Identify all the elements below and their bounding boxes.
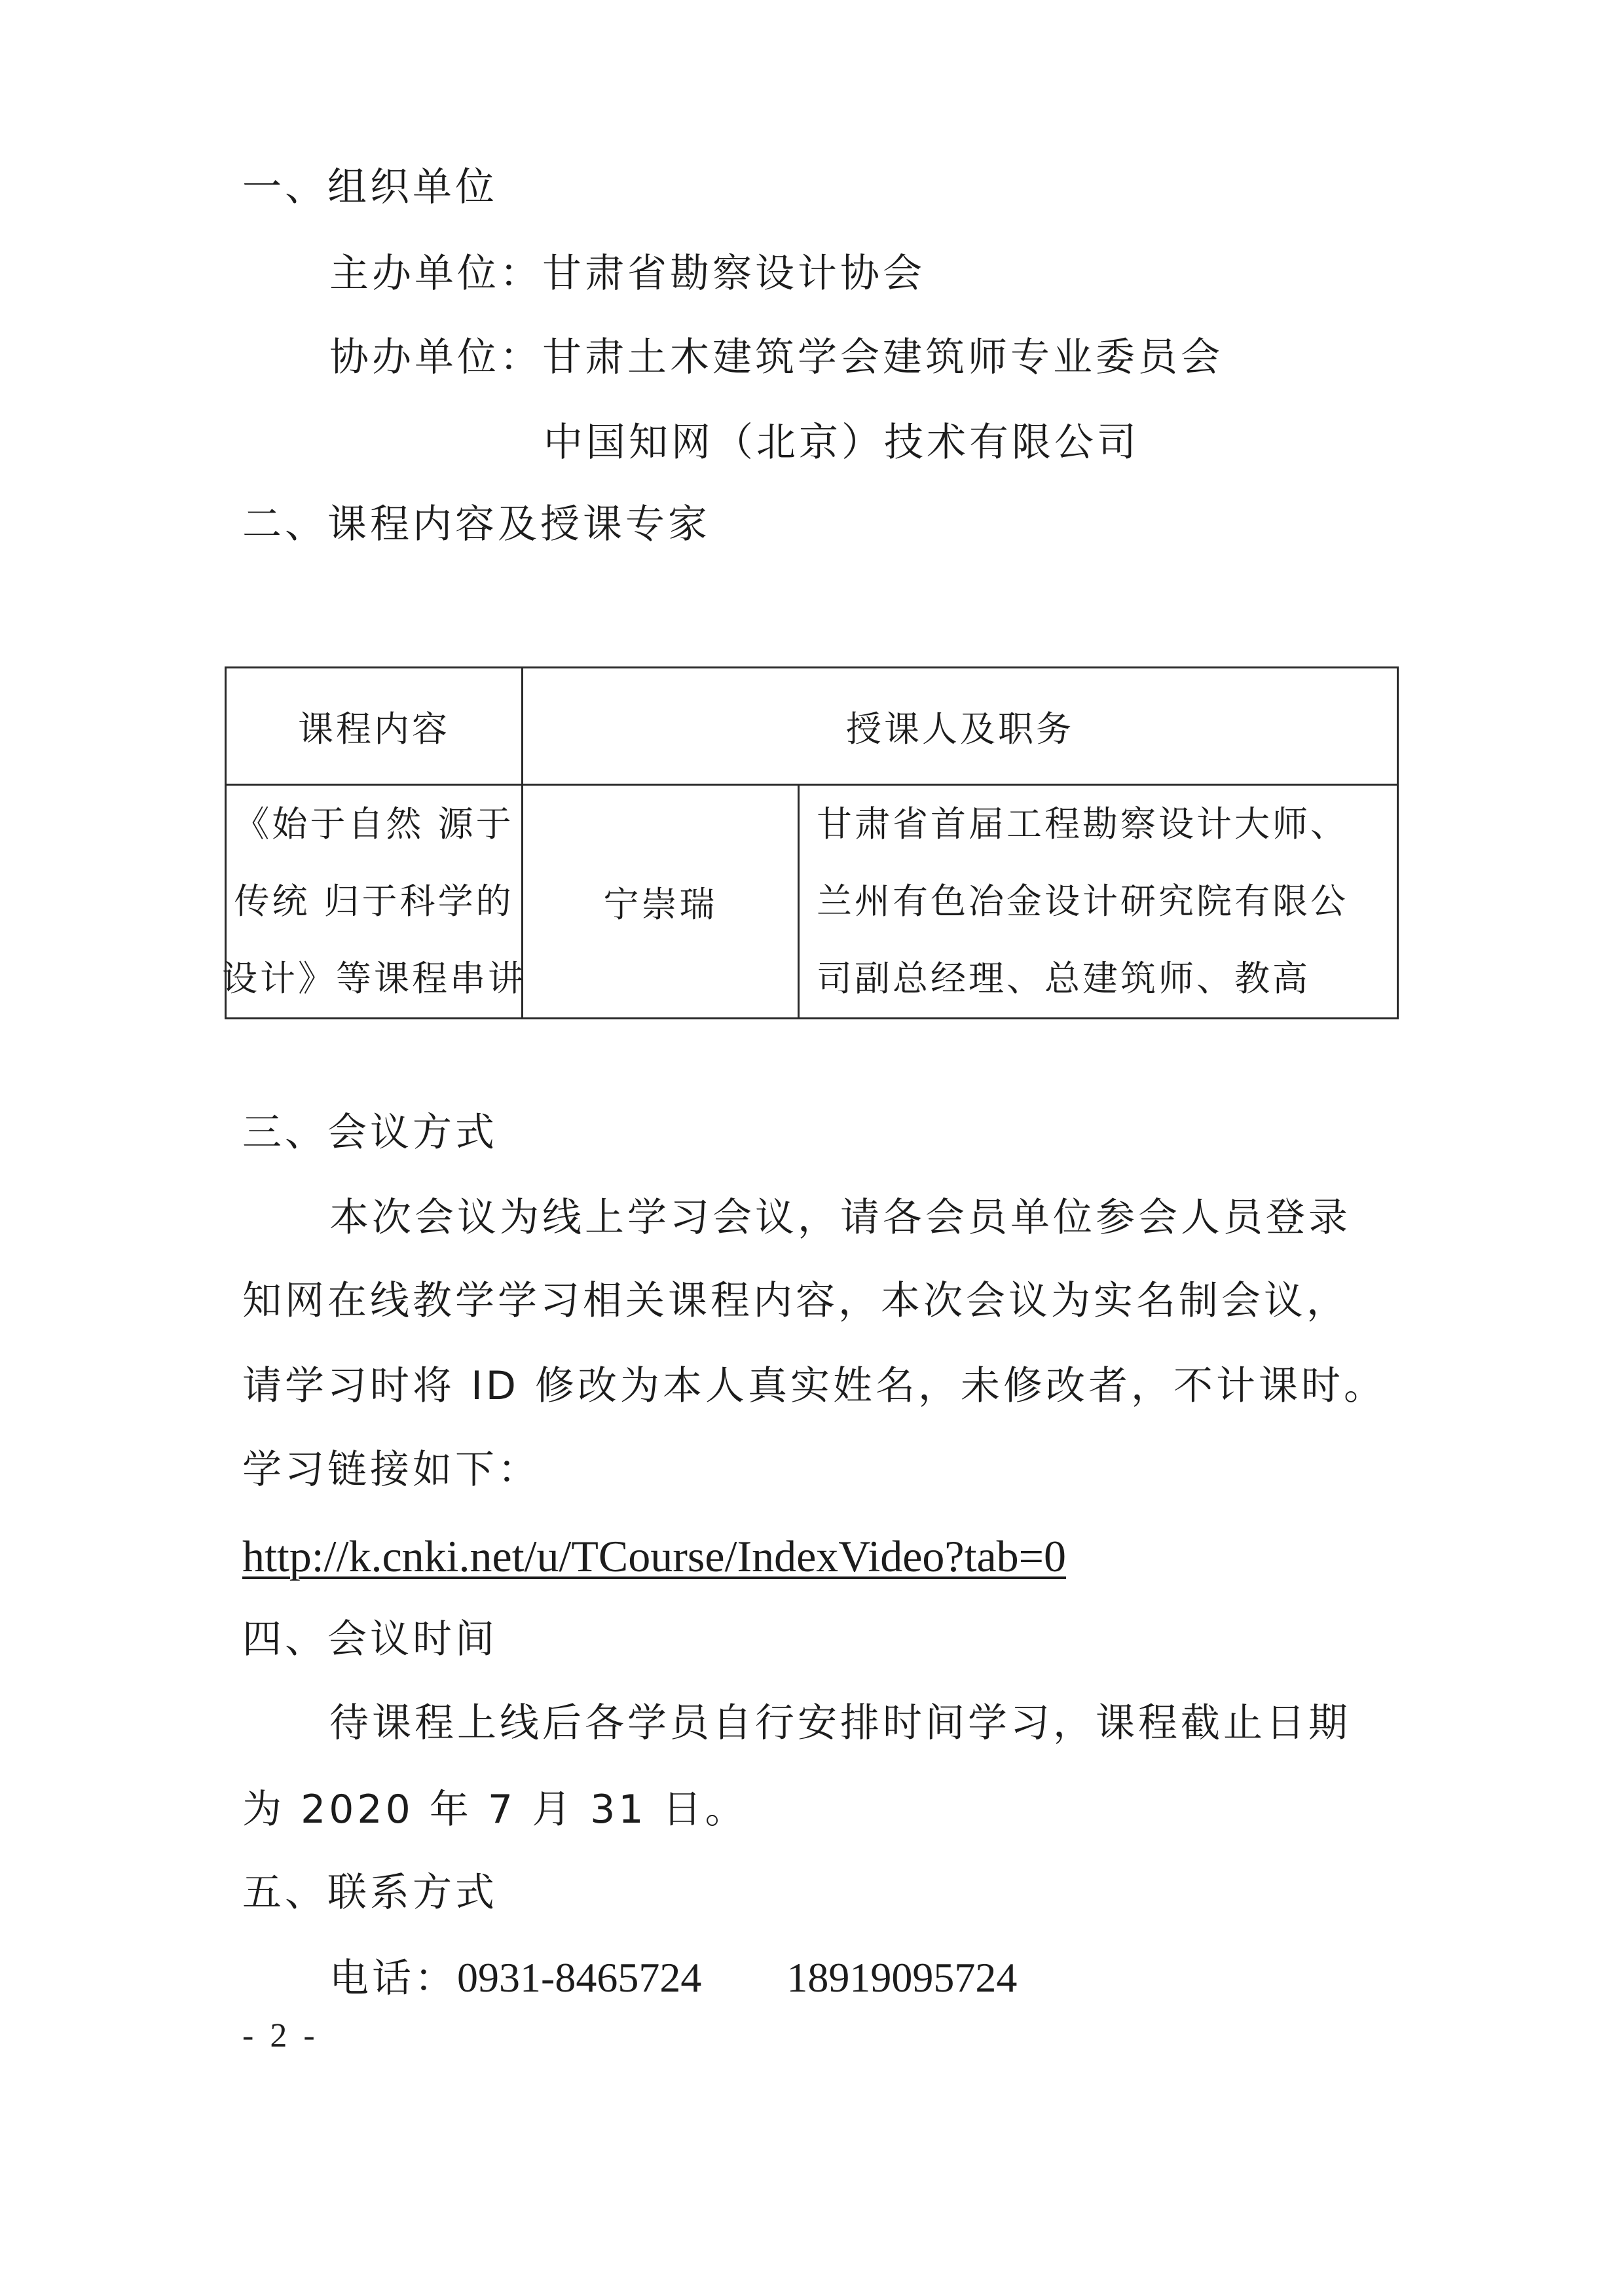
paragraph-line: 为 2020 年 7 月 31 日。 — [242, 1783, 748, 1836]
course-line: 设计》等课程串讲 — [222, 940, 526, 1017]
paragraph-line: 请学习时将 ID 修改为本人真实姓名，未修改者，不计课时。 — [242, 1360, 1386, 1412]
course-line: 传统 归于科学的 — [234, 863, 513, 940]
header-course-content: 课程内容 — [226, 668, 523, 785]
host-organizer: 甘肃省勘察设计协会 — [542, 251, 925, 297]
page-number: - 2 - — [242, 2018, 319, 2054]
lecturer-title-cell: 甘肃省首届工程勘察设计大师、 兰州有色冶金设计研究院有限公 司副总经理、总建筑师… — [799, 785, 1398, 1019]
host-organizer-line: 主办单位：甘肃省勘察设计协会 — [329, 247, 925, 300]
co-organizer-2: 中国知网（北京）技术有限公司 — [544, 416, 1139, 469]
phone-label: 电话： — [329, 1956, 457, 2001]
table-row: 《始于自然 源于 传统 归于科学的 设计》等课程串讲 宁崇瑞 甘肃省首届工程勘察… — [226, 785, 1398, 1019]
paragraph-line: 学习链接如下： — [242, 1444, 540, 1496]
section-heading-organizers: 一、组织单位 — [242, 161, 498, 213]
course-line: 《始于自然 源于 — [234, 786, 513, 863]
phone-landline: 0931-8465724 — [457, 1954, 701, 2001]
co-organizer-label: 协办单位： — [329, 335, 542, 380]
section-heading-meeting-time: 四、会议时间 — [242, 1613, 498, 1666]
section-heading-courses: 二、课程内容及授课专家 — [242, 498, 710, 551]
table-header-row: 课程内容 授课人及职务 — [226, 668, 1398, 785]
course-table: 课程内容 授课人及职务 《始于自然 源于 传统 归于科学的 设计》等课程串讲 宁… — [225, 666, 1399, 1019]
title-line: 司副总经理、总建筑师、教高 — [817, 940, 1397, 1017]
section-heading-meeting-format: 三、会议方式 — [242, 1106, 498, 1159]
course-link[interactable]: http://k.cnki.net/u/TCourse/IndexVideo?t… — [242, 1530, 1066, 1582]
lecturer-name-cell: 宁崇瑞 — [523, 785, 799, 1019]
header-lecturer-title: 授课人及职务 — [523, 668, 1398, 785]
co-organizer-line: 协办单位：甘肃土木建筑学会建筑师专业委员会 — [329, 331, 1223, 384]
section-heading-contact: 五、联系方式 — [242, 1867, 498, 1919]
title-line: 甘肃省首届工程勘察设计大师、 — [817, 786, 1397, 863]
phone-mobile: 18919095724 — [786, 1954, 1017, 2001]
paragraph-line: 待课程上线后各学员自行安排时间学习，课程截止日期 — [329, 1697, 1351, 1749]
paragraph-line: 知网在线教学学习相关课程内容，本次会议为实名制会议， — [242, 1275, 1349, 1327]
paragraph-line: 本次会议为线上学习会议，请各会员单位参会人员登录 — [329, 1192, 1351, 1244]
title-line: 兰州有色冶金设计研究院有限公 — [817, 863, 1397, 940]
co-organizer-1: 甘肃土木建筑学会建筑师专业委员会 — [542, 335, 1223, 380]
course-content-cell: 《始于自然 源于 传统 归于科学的 设计》等课程串讲 — [226, 785, 523, 1019]
host-label: 主办单位： — [329, 251, 542, 297]
phone-line: 电话：0931-846572418919095724 — [329, 1952, 1017, 2004]
